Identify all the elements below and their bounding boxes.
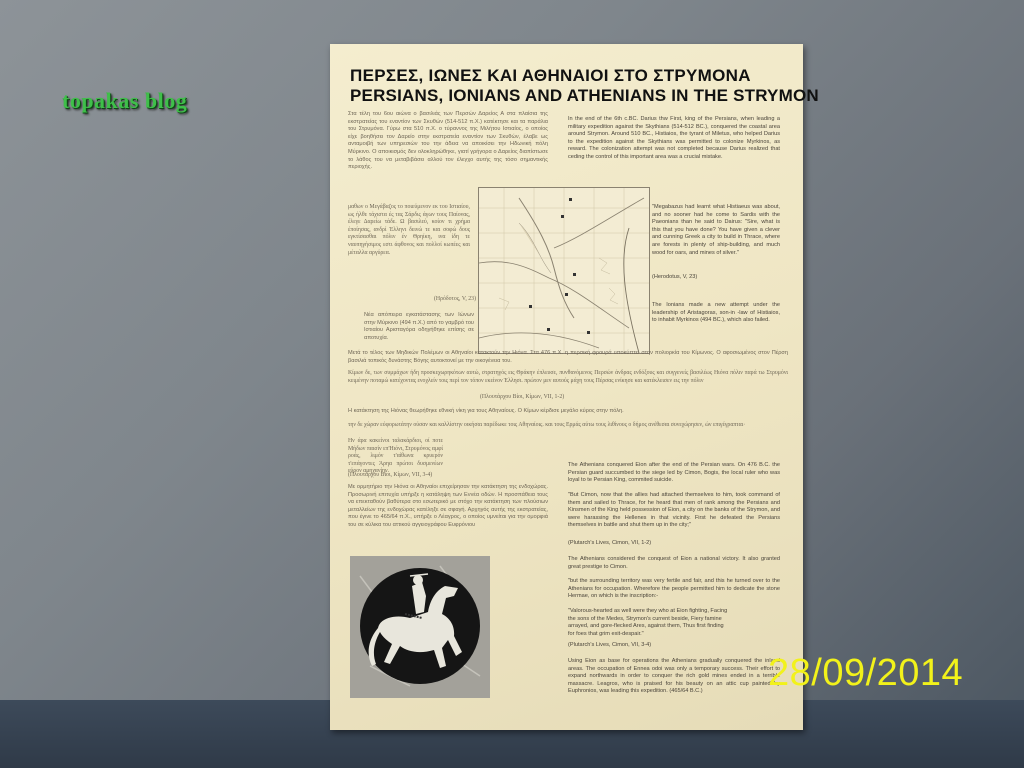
map-image [478,187,650,354]
greek-plutarch-quote-2: την δε χώραν εύφορωτάτην ούσαν και καλλί… [348,422,788,430]
english-ionian-attempt: The Ionians made a new attempt under the… [652,302,780,325]
english-ennea-odoi: Using Eion as base for operations the At… [568,658,780,696]
greek-herodotus-source: (Ηρόδοτος, V, 23) [396,296,476,304]
greek-ennea-odoi: Με ορμητήριο την Ηιόνα οι Αθηναίοι επιχε… [348,484,548,530]
greek-intro-text: Στα τέλη του 6ου αιώνα ο βασιλιάς των Πε… [348,111,548,172]
greek-epigram: Ην άρα κακείνοι ταλακάρδιοι, οί ποτε Μήδ… [348,438,443,476]
attic-cup-image [350,556,490,698]
english-plutarch-source-2: (Plutarch's Lives, Cimon, VII, 3-4) [568,642,780,650]
english-plutarch-source-1: (Plutarch's Lives, Cimon, VII, 1-2) [568,540,780,548]
english-intro-text: In the end of the 6th c.BC. Darius thw F… [568,116,780,162]
museum-panel: ΠΕΡΣΕΣ, ΙΩΝΕΣ ΚΑΙ ΑΘΗΝΑΙΟΙ ΣΤΟ ΣΤΡΥΜΟΝΑ … [330,44,803,730]
greek-plutarch-quote-1: Κίμων δε, των συμμάχων ήδη προσκεχωρηκότ… [348,370,788,385]
greek-plutarch-source-2: (Πλουτάρχου Βίοι, Κίμων, VII, 3-4) [348,472,478,480]
greek-herodotus-quote: μαθων ο Μεγάβαζος το ποιεύμενον εκ του Ι… [348,204,470,257]
greek-national-victory: Η κατάκτηση της Ηιόνας θεωρήθηκε εθνική … [348,408,788,416]
english-national-victory: The Athenians considered the conquest of… [568,556,780,571]
horseman-cup-drawing [350,556,490,698]
greek-ionian-attempt: Νέα απόπειρα εγκατάστασης των Ιώνων στην… [364,312,474,342]
panel-title-greek: ΠΕΡΣΕΣ, ΙΩΝΕΣ ΚΑΙ ΑΘΗΝΑΙΟΙ ΣΤΟ ΣΤΡΥΜΟΝΑ [350,66,790,86]
photo-date-stamp: 28/09/2014 [768,652,963,695]
greek-plutarch-source-1: (Πλουτάρχου Βίοι, Κίμων, VII, 1-2) [480,394,680,402]
english-plutarch-quote-1: "But Cimon, now that the allies had atta… [568,492,780,530]
english-herodotus-quote: "Megabazus had learnt what Histiaeus was… [652,204,780,257]
blog-watermark: topakas blog [62,88,187,114]
english-epigram: "Valorous-hearted as well were they who … [568,608,728,638]
english-eion-conquest: The Athenians conquered Eion after the e… [568,462,780,485]
greek-eion-conquest: Μετά το τέλος των Μηδικών Πολέμων οι Αθη… [348,350,788,365]
english-herodotus-source: (Herodotus, V, 23) [652,274,780,282]
panel-title-english: PERSIANS, IONIANS AND ATHENIANS IN THE S… [350,86,790,106]
map-drawing [479,188,649,353]
english-plutarch-quote-2: "but the surrounding territory was very … [568,578,780,601]
